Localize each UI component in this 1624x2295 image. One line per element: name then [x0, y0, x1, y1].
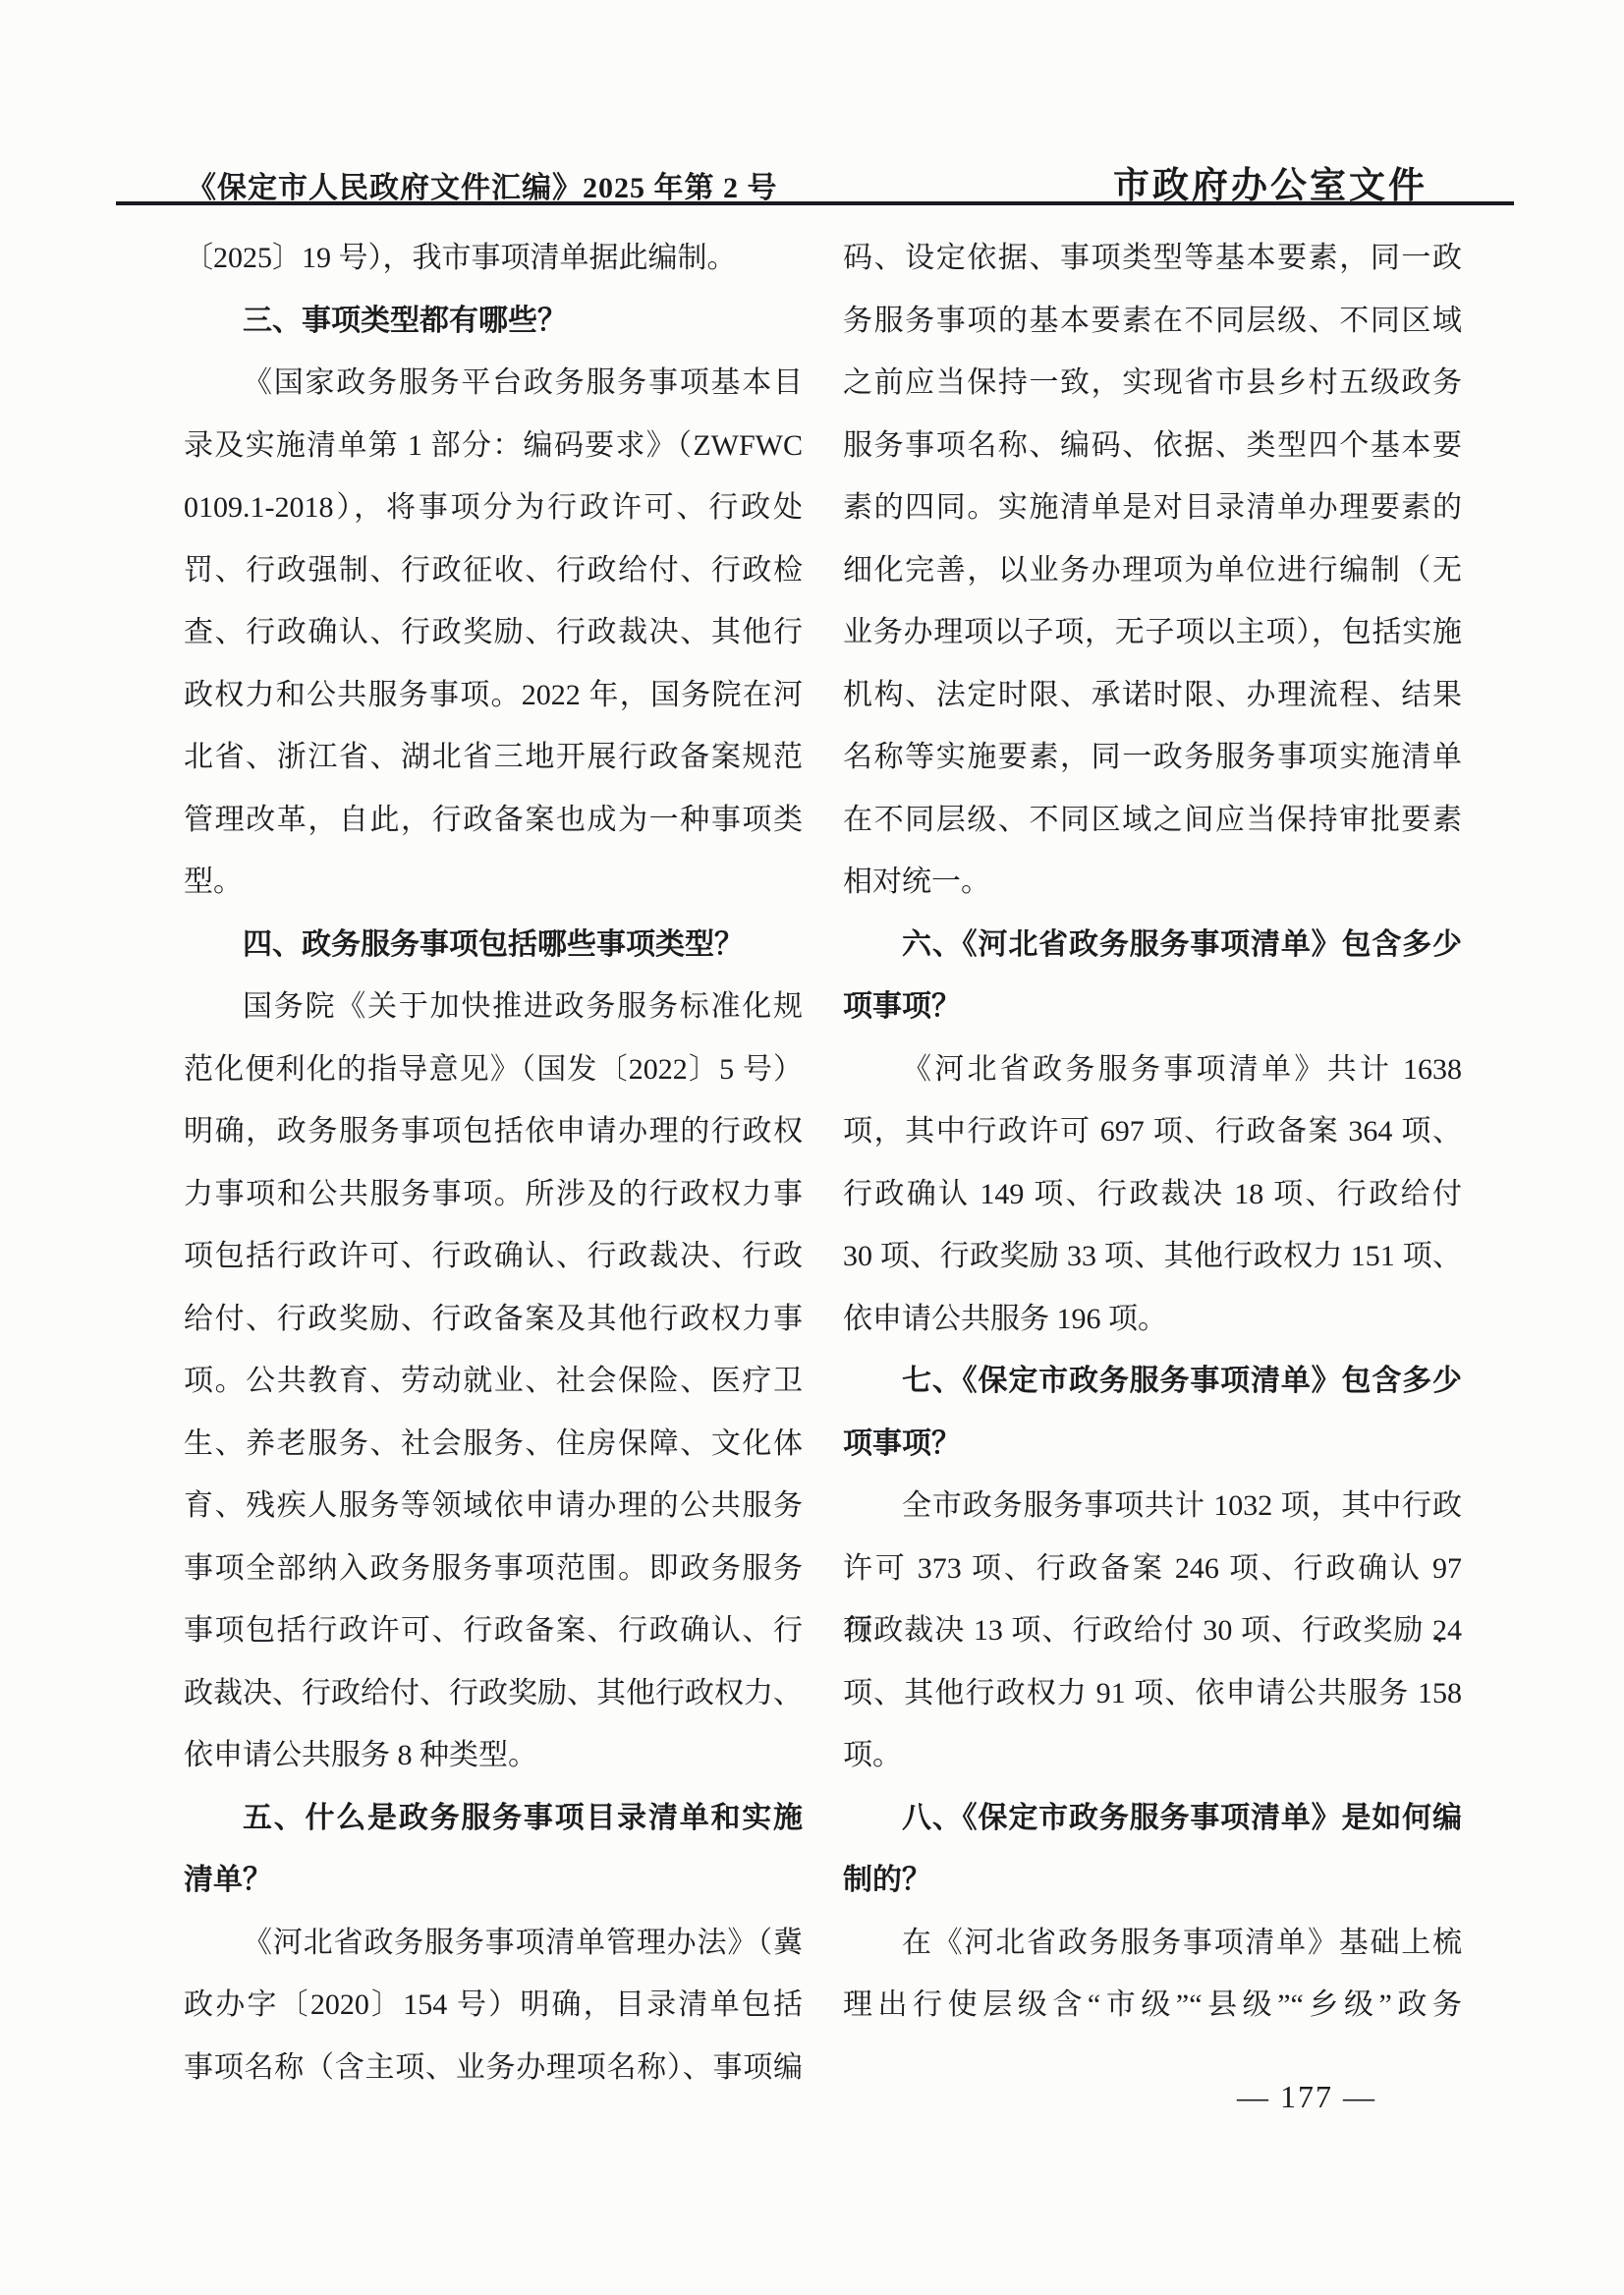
header-compilation-title: 《保定市人民政府文件汇编》2025 年第 2 号 [187, 163, 778, 206]
text-line: 政权力和公共服务事项。2022 年，国务院在河 [184, 664, 803, 727]
page: 《保定市人民政府文件汇编》2025 年第 2 号 市政府办公室文件 〔2025〕… [0, 0, 1624, 2295]
heading-line: 四、政务服务事项包括哪些事项类型？ [184, 914, 803, 977]
text-line: 依申请公共服务 196 项。 [843, 1288, 1462, 1351]
text-line: 给付、行政奖励、行政备案及其他行政权力事 [184, 1288, 803, 1351]
text-line: 北省、浙江省、湖北省三地开展行政备案规范 [184, 726, 803, 789]
heading-line: 七、《保定市政务服务事项清单》包含多少 [843, 1350, 1462, 1413]
heading-line: 项事项？ [843, 1413, 1462, 1476]
text-line: 政办字〔2020〕154 号）明确，目录清单包括 [184, 1974, 803, 2037]
text-line: 相对统一。 [843, 851, 1462, 914]
text-line: 项、其他行政权力 91 项、依申请公共服务 158 [843, 1662, 1462, 1725]
text-line: 查、行政确认、行政奖励、行政裁决、其他行 [184, 601, 803, 664]
text-line: 码、设定依据、事项类型等基本要素，同一政 [843, 227, 1462, 290]
heading-line: 六、《河北省政务服务事项清单》包含多少 [843, 914, 1462, 977]
text-line: 项。公共教育、劳动就业、社会保险、医疗卫 [184, 1350, 803, 1413]
text-line: 素的四同。实施清单是对目录清单办理要素的 [843, 476, 1462, 539]
text-line: 机构、法定时限、承诺时限、办理流程、结果 [843, 664, 1462, 727]
text-line: 项，其中行政许可 697 项、行政备案 364 项、 [843, 1100, 1462, 1163]
header-office-document-title: 市政府办公室文件 [1113, 155, 1428, 208]
text-line: 育、残疾人服务等领域依申请办理的公共服务 [184, 1475, 803, 1538]
text-line: 业务办理项以子项，无子项以主项），包括实施 [843, 601, 1462, 664]
header-rule-divider [116, 201, 1514, 205]
text-line: 细化完善，以业务办理项为单位进行编制（无 [843, 539, 1462, 602]
text-column-left: 〔2025〕19 号），我市事项清单据此编制。三、事项类型都有哪些？《国家政务服… [184, 227, 803, 2099]
text-line: 名称等实施要素，同一政务服务事项实施清单 [843, 726, 1462, 789]
document-page: { "colors": { "paper": "#fcfcfa", "ink":… [0, 0, 1624, 2295]
heading-line: 五、什么是政务服务事项目录清单和实施 [184, 1787, 803, 1850]
text-line: 依申请公共服务 8 种类型。 [184, 1724, 803, 1787]
text-line: 型。 [184, 851, 803, 914]
text-line: 行政裁决 13 项、行政给付 30 项、行政奖励 24 [843, 1599, 1462, 1662]
heading-line: 制的？ [843, 1849, 1462, 1912]
text-line: 之前应当保持一致，实现省市县乡村五级政务 [843, 352, 1462, 415]
text-line: 事项包括行政许可、行政备案、行政确认、行 [184, 1599, 803, 1662]
text-line: 项包括行政许可、行政确认、行政裁决、行政 [184, 1225, 803, 1288]
text-line: 《国家政务服务平台政务服务事项基本目 [184, 352, 803, 415]
text-line: 行政确认 149 项、行政裁决 18 项、行政给付 [843, 1163, 1462, 1226]
heading-line: 三、事项类型都有哪些？ [184, 290, 803, 353]
text-line: 政裁决、行政给付、行政奖励、其他行政权力、 [184, 1662, 803, 1725]
text-line: 事项名称（含主项、业务办理项名称）、事项编 [184, 2037, 803, 2099]
page-number: — 177 — [1159, 2079, 1454, 2115]
text-line: 事项全部纳入政务服务事项范围。即政务服务 [184, 1538, 803, 1600]
text-line: 在《河北省政务服务事项清单》基础上梳 [843, 1912, 1462, 1975]
text-line: 服务事项名称、编码、依据、类型四个基本要 [843, 415, 1462, 477]
text-line: 许可 373 项、行政备案 246 项、行政确认 97 项、 [843, 1538, 1462, 1600]
heading-line: 项事项？ [843, 976, 1462, 1038]
text-column-right: 码、设定依据、事项类型等基本要素，同一政务服务事项的基本要素在不同层级、不同区域… [843, 227, 1462, 2037]
text-line: 管理改革，自此，行政备案也成为一种事项类 [184, 789, 803, 852]
text-line: 理出行使层级含“市级”“县级”“乡级”政务 [843, 1974, 1462, 2037]
text-line: 项。 [843, 1724, 1462, 1787]
text-line: 明确，政务服务事项包括依申请办理的行政权 [184, 1100, 803, 1163]
text-line: 范化便利化的指导意见》（国发〔2022〕5 号） [184, 1038, 803, 1101]
text-line: 0109.1-2018），将事项分为行政许可、行政处 [184, 476, 803, 539]
heading-line: 八、《保定市政务服务事项清单》是如何编 [843, 1787, 1462, 1850]
text-line: 务服务事项的基本要素在不同层级、不同区域 [843, 290, 1462, 353]
text-line: 国务院《关于加快推进政务服务标准化规 [184, 976, 803, 1038]
text-line: 30 项、行政奖励 33 项、其他行政权力 151 项、 [843, 1225, 1462, 1288]
heading-line: 清单？ [184, 1849, 803, 1912]
text-line: 罚、行政强制、行政征收、行政给付、行政检 [184, 539, 803, 602]
text-line: 在不同层级、不同区域之间应当保持审批要素 [843, 789, 1462, 852]
text-line: 录及实施清单第 1 部分：编码要求》（ZWFWC [184, 415, 803, 477]
text-line: 力事项和公共服务事项。所涉及的行政权力事 [184, 1163, 803, 1226]
text-line: 生、养老服务、社会服务、住房保障、文化体 [184, 1413, 803, 1476]
text-line: 全市政务服务事项共计 1032 项，其中行政 [843, 1475, 1462, 1538]
text-line: 《河北省政务服务事项清单管理办法》（冀 [184, 1912, 803, 1975]
text-line: 《河北省政务服务事项清单》共计 1638 [843, 1038, 1462, 1101]
text-line: 〔2025〕19 号），我市事项清单据此编制。 [184, 227, 803, 290]
